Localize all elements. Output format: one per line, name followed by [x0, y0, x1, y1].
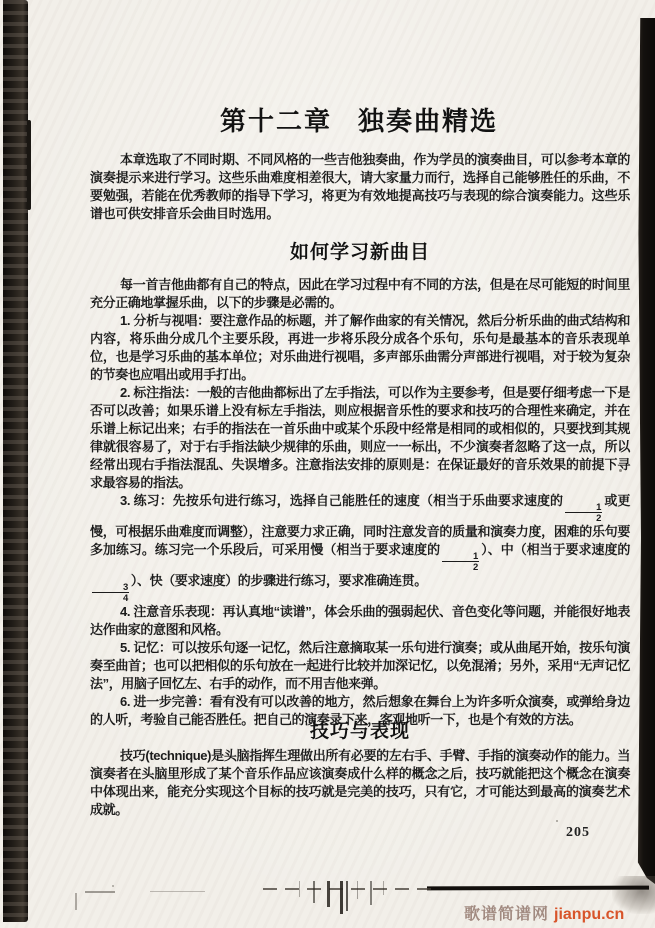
- page-number: 205: [566, 825, 590, 841]
- dust-speck: [556, 820, 558, 822]
- fraction: 12: [442, 553, 479, 572]
- bottom-rule-faint-left-2: [150, 891, 205, 892]
- list-item: 1. 分析与视唱：要注意作品的标题，并了解作曲家的有关情况，然后分析乐曲的曲式结…: [90, 312, 630, 384]
- watermark: 歌谱简谱网jianpu.cn: [464, 901, 624, 924]
- fraction: 12: [565, 504, 602, 523]
- bleedthrough-mark: [370, 881, 372, 905]
- scan-corner-tick: [75, 893, 77, 910]
- list-item: 2. 标注指法：一般的吉他曲都标出了左手指法，可以作为主要参考，但是要仔细考虑一…: [90, 384, 630, 492]
- bleedthrough-mark: [357, 881, 358, 899]
- bleedthrough-mark: [313, 881, 315, 903]
- scanned-book-page: 第十二章独奏曲精选 本章选取了不同时期、不同风格的一些吉他独奏曲，作为学员的演奏…: [0, 0, 655, 928]
- paragraph: 技巧(technique)是头脑指挥生理做出所有必要的左右手、手臂、手指的演奏动…: [90, 747, 630, 819]
- paragraph: 每一首吉他曲都有自己的特点，因此在学习过程中有不同的方法，但是在尽可能短的时间里…: [90, 276, 630, 312]
- bleedthrough-mark: [346, 881, 348, 911]
- list-item: 4. 注意音乐表现：再认真地“读谱”，体会乐曲的强弱起伏、音色变化等问题，并能很…: [90, 603, 630, 639]
- bleedthrough-mark: [327, 881, 330, 907]
- bleedthrough-mark: [383, 881, 384, 895]
- scan-edge-left-band: [3, 0, 28, 922]
- section-how-to-learn-body: 每一首吉他曲都有自己的特点，因此在学习过程中有不同的方法，但是在尽可能短的时间里…: [90, 276, 630, 729]
- watermark-site-name: 歌谱简谱网: [464, 906, 549, 923]
- list-item: 5. 记忆：可以按乐句逐一记忆，然后注意摘取某一乐句进行演奏；或从曲尾开始，按乐…: [90, 639, 630, 693]
- scan-edge-right-band: [637, 18, 655, 884]
- section-heading-how-to-learn: 如何学习新曲目: [90, 242, 630, 264]
- dust-speck: [112, 885, 114, 887]
- chapter-intro: 本章选取了不同时期、不同风格的一些吉他独奏曲，作为学员的演奏曲目，可以参考本章的…: [90, 151, 630, 223]
- dust-speck: [619, 469, 622, 472]
- chapter-number: 第十二章: [220, 107, 332, 136]
- paragraph: 本章选取了不同时期、不同风格的一些吉他独奏曲，作为学员的演奏曲目，可以参考本章的…: [90, 151, 630, 223]
- chapter-name: 独奏曲精选: [358, 107, 498, 136]
- watermark-site-url: jianpu.cn: [554, 906, 624, 923]
- bottom-rule: [427, 886, 649, 891]
- list-item: 3. 练习：先按乐句进行练习，选择自己能胜任的速度（相当于乐曲要求速度的12或更…: [90, 492, 630, 603]
- section-technique-body: 技巧(technique)是头脑指挥生理做出所有必要的左右手、手臂、手指的演奏动…: [90, 747, 630, 819]
- section-heading-technique: 技巧与表现: [90, 721, 630, 743]
- bottom-rule-faint-left: [85, 891, 115, 893]
- bleedthrough-mark: [340, 881, 343, 914]
- bleedthrough-mark: [299, 881, 300, 897]
- fraction: 34: [92, 584, 129, 603]
- chapter-title: 第十二章独奏曲精选: [88, 101, 630, 138]
